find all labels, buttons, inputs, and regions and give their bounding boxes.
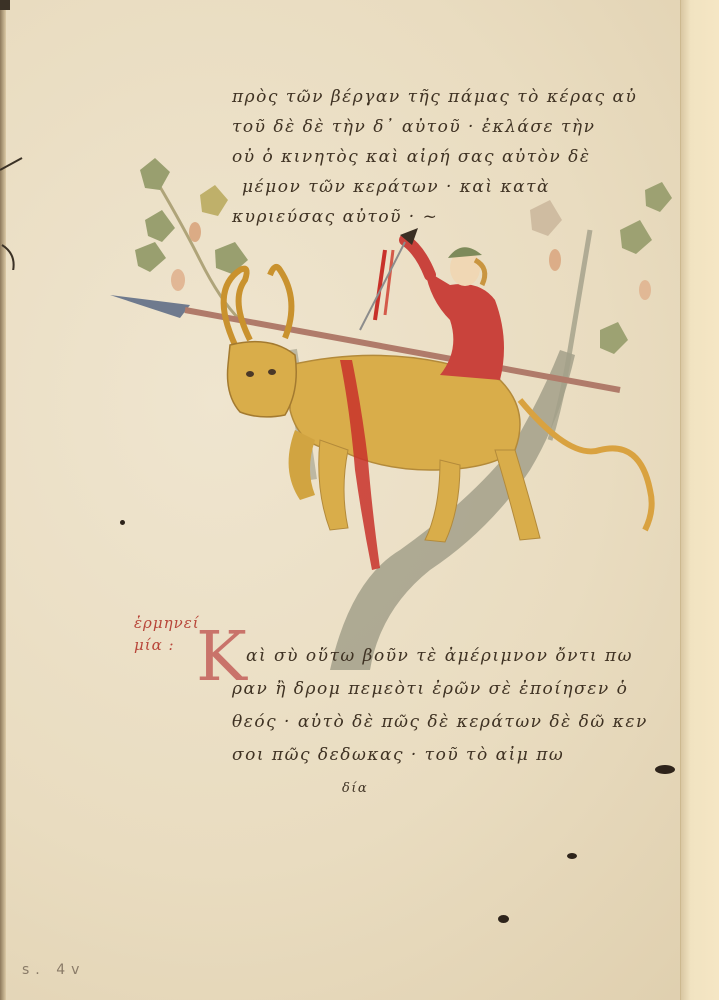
- text-line: θεός · αὐτὸ δὲ πῶς δὲ κεράτων δὲ δῶ κεν: [232, 706, 662, 739]
- bottom-text-block: αὶ σὺ οὕτω βοῦν τὲ ἀμέριμνον ὄντι πω ραν…: [232, 640, 662, 805]
- ox-head: [228, 342, 297, 417]
- text-line: δία: [232, 772, 662, 805]
- ox-hunt-illustration: [100, 150, 680, 670]
- ink-stain: [498, 915, 509, 923]
- vine-leaves-left: [135, 158, 248, 320]
- spear-head: [110, 295, 190, 318]
- folio-number: s. 4v: [22, 962, 85, 978]
- text-line: αὶ σὺ οὕτω βοῦν τὲ ἀμέριμνον ὄντι πω: [232, 640, 662, 673]
- page-corner-shadow: [0, 0, 10, 10]
- edge-mark: [0, 150, 25, 270]
- marginal-note-line: μία :: [134, 634, 200, 656]
- text-line: τοῦ δὲ δὲ τὴν δ᾽ αὐτοῦ · ἐκλάσε τὴν: [232, 112, 662, 142]
- manuscript-page: πρὸς τῶν βέργαν τῆς πάμας τὸ κέρας αὐ το…: [0, 0, 719, 1000]
- marginal-rubric-note: ἑρμηνεί μία :: [134, 612, 200, 656]
- rider-cap: [448, 247, 482, 258]
- text-line: ραν ἢ δρομ πεμεὸτι ἐρῶν σὲ ἐποίησεν ὁ: [232, 673, 662, 706]
- ink-stain: [567, 853, 577, 859]
- page-gutter: [680, 0, 719, 1000]
- ink-stain: [655, 765, 675, 774]
- text-line: πρὸς τῶν βέργαν τῆς πάμας τὸ κέρας αὐ: [232, 82, 662, 112]
- ink-stain: [120, 520, 125, 525]
- marginal-note-line: ἑρμηνεί: [134, 612, 200, 634]
- text-line: σοι πῶς δεδωκας · τοῦ τὸ αἰμ πω: [232, 739, 662, 772]
